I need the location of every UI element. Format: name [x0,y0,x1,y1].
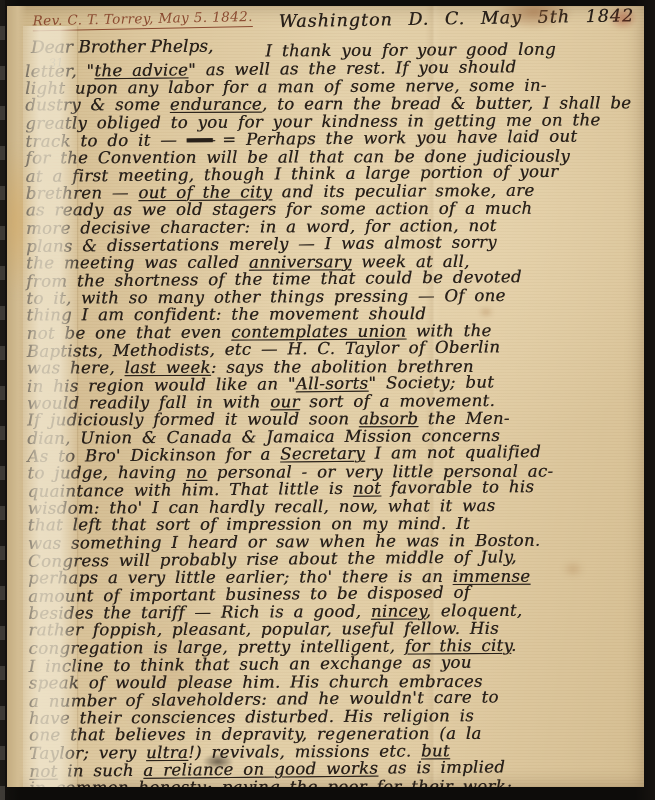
scan-frame: Rev. C. T. Torrey, May 5. 1842. Washingt… [0,0,655,800]
manuscript-line: that left that sort of impression on my … [28,514,639,534]
opening-line: I thank you for your good long [265,40,556,58]
dateline: Washington D. C. May 5th 1842 [278,6,634,32]
salutation-row: Dear Brother Phelps, I thank you for you… [31,34,636,59]
paper-left-edge [7,6,27,787]
header-row: Rev. C. T. Torrey, May 5. 1842. Washingt… [33,8,636,38]
manuscript-line: rather foppish, pleasant, popular, usefu… [28,619,639,639]
manuscript-line: in common honesty; paying the poor for t… [29,777,640,787]
manuscript-line: thing I am confident: the movement shoul… [26,304,637,324]
manuscript-line: as ready as we old stagers for some acti… [26,199,637,219]
manuscript-line: If judiciously formed it would soon abso… [27,409,638,429]
letter-body: letter, "the advice" as well as the rest… [25,58,640,787]
pencil-page-number: 31 [48,55,64,70]
manuscript-line: one that believes in depravity, regenera… [29,724,640,744]
archival-note: Rev. C. T. Torrey, May 5. 1842. [33,9,254,31]
manuscript-line: dustry & some endurance, to earn the bre… [25,94,636,114]
letter-page: Rev. C. T. Torrey, May 5. 1842. Washingt… [7,6,644,787]
letter-content: Rev. C. T. Torrey, May 5. 1842. Washingt… [25,8,641,787]
